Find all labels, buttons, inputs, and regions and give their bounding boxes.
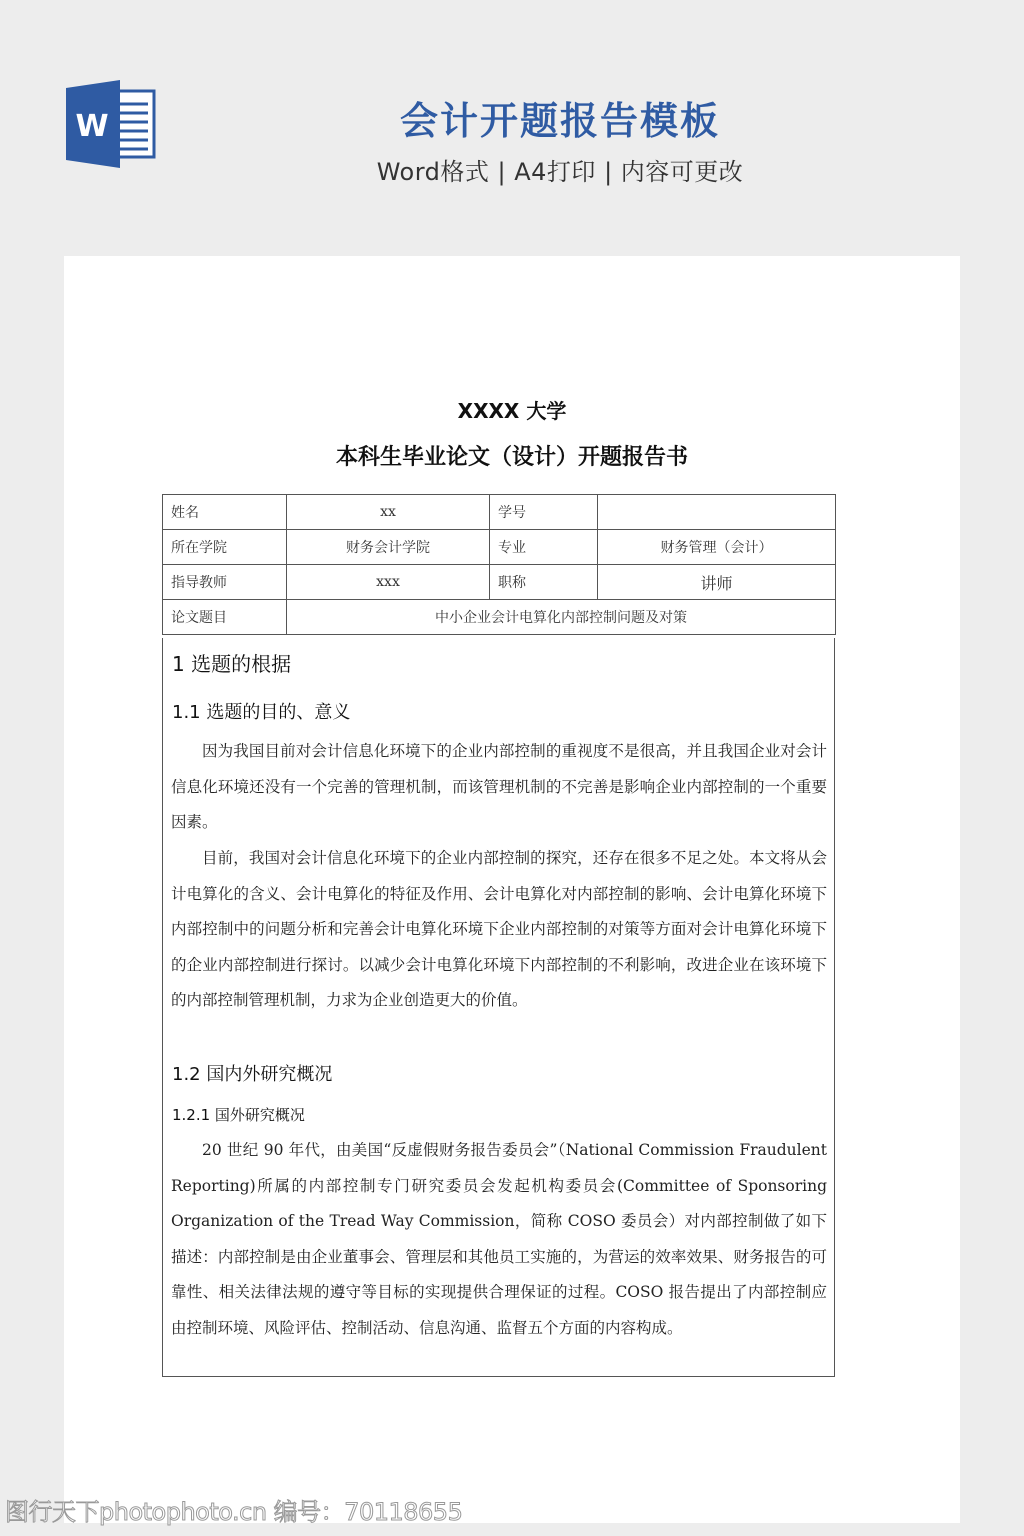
university-name: XXXX 大学 — [64, 395, 960, 424]
advisor-value: xxx — [287, 565, 490, 600]
major-value: 财务管理（会计） — [598, 530, 836, 565]
table-row: 指导教师 xxx 职称 讲师 — [163, 565, 836, 600]
advisor-label: 指导教师 — [163, 565, 287, 600]
table-row: 所在学院 财务会计学院 专业 财务管理（会计） — [163, 530, 836, 565]
name-label: 姓名 — [163, 495, 287, 530]
watermark: 图行天下photophoto.cn 编号：70118655 — [5, 1492, 462, 1527]
title-rank-value: 讲师 — [598, 565, 836, 600]
college-label: 所在学院 — [163, 530, 287, 565]
document-title: 本科生毕业论文（设计）开题报告书 — [64, 440, 960, 471]
student-id-value — [598, 495, 836, 530]
subsubsection-heading: 1.2.1 国外研究概况 — [172, 1104, 305, 1125]
banner-title: 会计开题报告模板 — [300, 90, 820, 145]
document-page: XXXX 大学 本科生毕业论文（设计）开题报告书 姓名 xx 学号 所在学院 财… — [64, 256, 960, 1523]
subsection-heading: 1.1 选题的目的、意义 — [172, 698, 350, 724]
title-rank-label: 职称 — [490, 565, 598, 600]
section-heading: 1 选题的根据 — [172, 648, 291, 677]
subsection-heading: 1.2 国内外研究概况 — [172, 1060, 332, 1086]
paragraph: 目前，我国对会计信息化环境下的企业内部控制的探究，还存在很多不足之处。本文将从会… — [171, 841, 827, 1019]
svg-text:W: W — [75, 109, 108, 144]
word-document-icon: W — [64, 80, 158, 168]
topic-label: 论文题目 — [163, 600, 287, 635]
topic-value: 中小企业会计电算化内部控制问题及对策 — [287, 600, 836, 635]
student-info-table: 姓名 xx 学号 所在学院 财务会计学院 专业 财务管理（会计） 指导教师 xx… — [162, 494, 836, 635]
major-label: 专业 — [490, 530, 598, 565]
report-body: 1 选题的根据 1.1 选题的目的、意义 因为我国目前对会计信息化环境下的企业内… — [162, 638, 835, 1377]
student-id-label: 学号 — [490, 495, 598, 530]
table-row: 姓名 xx 学号 — [163, 495, 836, 530]
paragraph: 20 世纪 90 年代，由美国“反虚假财务报告委员会”（National Com… — [171, 1133, 827, 1346]
name-value: xx — [287, 495, 490, 530]
banner-subtitle: Word格式 | A4打印 | 内容可更改 — [300, 152, 820, 187]
paragraph: 因为我国目前对会计信息化环境下的企业内部控制的重视度不是很高，并且我国企业对会计… — [171, 734, 827, 841]
college-value: 财务会计学院 — [287, 530, 490, 565]
table-row: 论文题目 中小企业会计电算化内部控制问题及对策 — [163, 600, 836, 635]
